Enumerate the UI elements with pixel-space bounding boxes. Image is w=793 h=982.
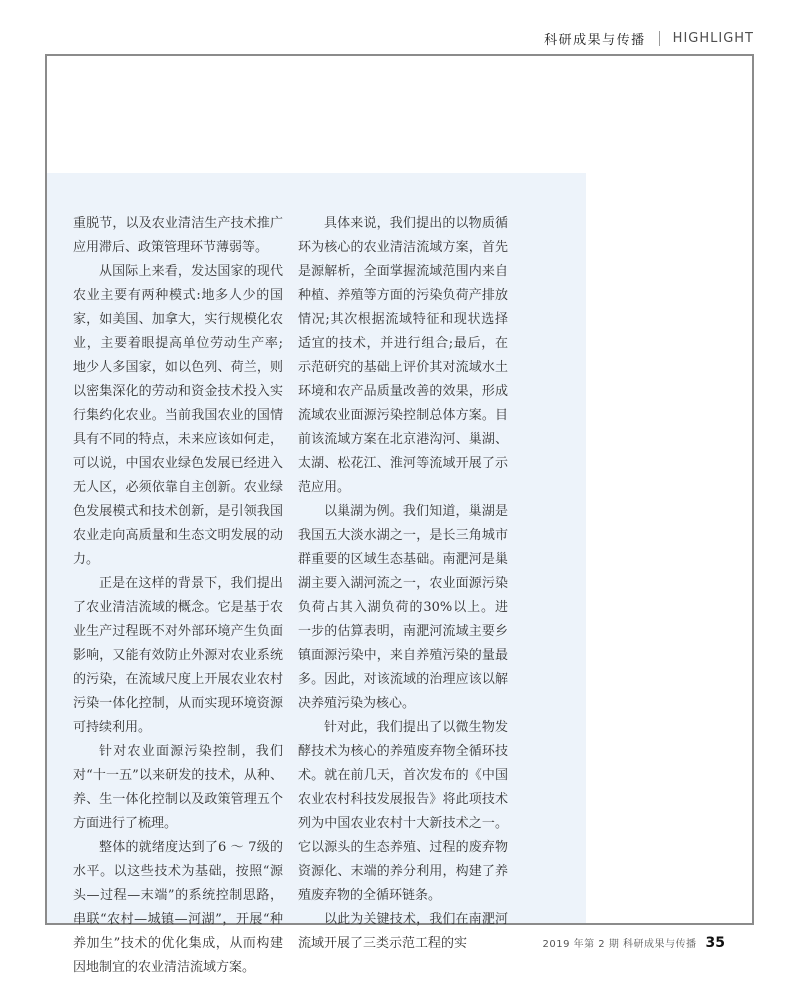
page-header: 科研成果与传播 HIGHLIGHT <box>544 29 754 48</box>
article-paragraph: 针对农业面源污染控制，我们对“十一五”以来研发的技术，从种、养、生一体化控制以及… <box>73 740 283 836</box>
article-paragraph: 重脱节，以及农业清洁生产技术推广应用滞后、政策管理环节薄弱等。 <box>73 212 283 260</box>
article-column-left: 重脱节，以及农业清洁生产技术推广应用滞后、政策管理环节薄弱等。 从国际上来看，发… <box>73 212 283 980</box>
footer-page-number: 35 <box>706 935 725 951</box>
section-title-cn: 科研成果与传播 <box>544 29 646 48</box>
article-paragraph: 针对此，我们提出了以微生物发酵技术为核心的养殖废弃物全循环技术。就在前几天，首次… <box>298 716 508 908</box>
article-paragraph: 正是在这样的背景下，我们提出了农业清洁流域的概念。它是基于农业生产过程既不对外部… <box>73 572 283 740</box>
section-title-en: HIGHLIGHT <box>673 31 754 46</box>
article-column-right: 具体来说，我们提出的以物质循环为核心的农业清洁流域方案，首先是源解析，全面掌握流… <box>298 212 508 956</box>
footer-issue-info: 2019 年第 2 期 科研成果与传播 <box>542 935 696 950</box>
article-paragraph: 整体的就绪度达到了6 ～ 7级的水平。以这些技术为基础，按照“源头—过程—末端”… <box>73 836 283 980</box>
article-paragraph: 以巢湖为例。我们知道，巢湖是我国五大淡水湖之一，是长三角城市群重要的区域生态基础… <box>298 500 508 716</box>
page-footer: 2019 年第 2 期 科研成果与传播 35 <box>542 935 725 951</box>
article-paragraph: 从国际上来看，发达国家的现代农业主要有两种模式:地多人少的国家，如美国、加拿大，… <box>73 260 283 572</box>
header-divider <box>659 31 660 46</box>
article-paragraph: 具体来说，我们提出的以物质循环为核心的农业清洁流域方案，首先是源解析，全面掌握流… <box>298 212 508 500</box>
article-paragraph: 以此为关键技术，我们在南淝河流域开展了三类示范工程的实 <box>298 908 508 956</box>
article-panel: 重脱节，以及农业清洁生产技术推广应用滞后、政策管理环节薄弱等。 从国际上来看，发… <box>47 173 586 923</box>
magazine-page: 科研成果与传播 HIGHLIGHT 重脱节，以及农业清洁生产技术推广应用滞后、政… <box>0 0 793 982</box>
